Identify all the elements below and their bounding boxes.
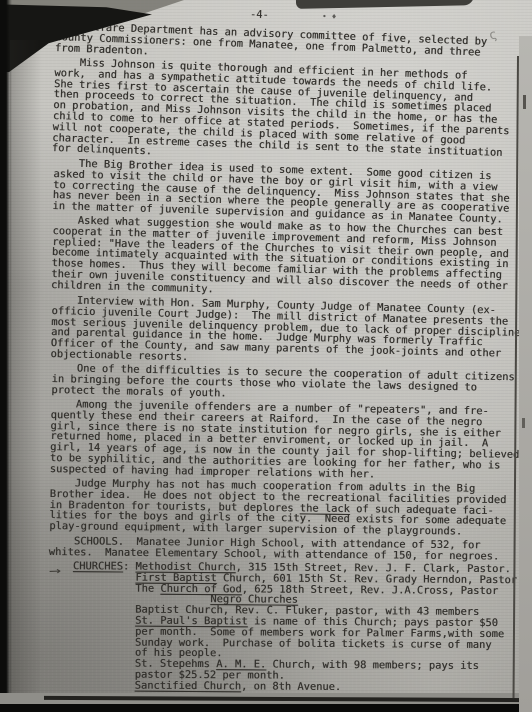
paragraph: Asked what suggestion she would make as … [51,215,532,303]
paragraph: Among the juvenile offenders are a numbe… [49,399,532,483]
typed-text: Welfare Department has an advisory commi… [0,21,532,694]
right-page-edge-strip [519,36,532,712]
right-edge-mark [523,95,526,109]
typed-line: Sanctified Church, on 8th Avenue. [47,680,531,694]
paragraph: Judge Murphy has not has much cooperatio… [49,478,532,538]
page-number: -4- [250,9,269,22]
paragraph: CHURCHES: Methodist Church, 315 15th Str… [47,561,532,694]
paragraph: Interview with Hon. Sam Murphy, County J… [51,295,532,371]
paragraph: SCHOOLS. Manatee Junior High School, wit… [49,536,532,562]
scanned-page-photo: -4- ∙ ♦ ς Welfare Department has an advi… [0,0,532,712]
bottom-photo-border [0,704,532,712]
left-binding-soft-shadow [10,40,42,712]
ink-mark: ∙ ♦ [322,12,337,22]
right-edge-mark [522,418,525,428]
handwritten-arrow-icon: → [48,564,61,579]
paragraph: Miss Johnson is quite thorough and effic… [52,57,532,170]
